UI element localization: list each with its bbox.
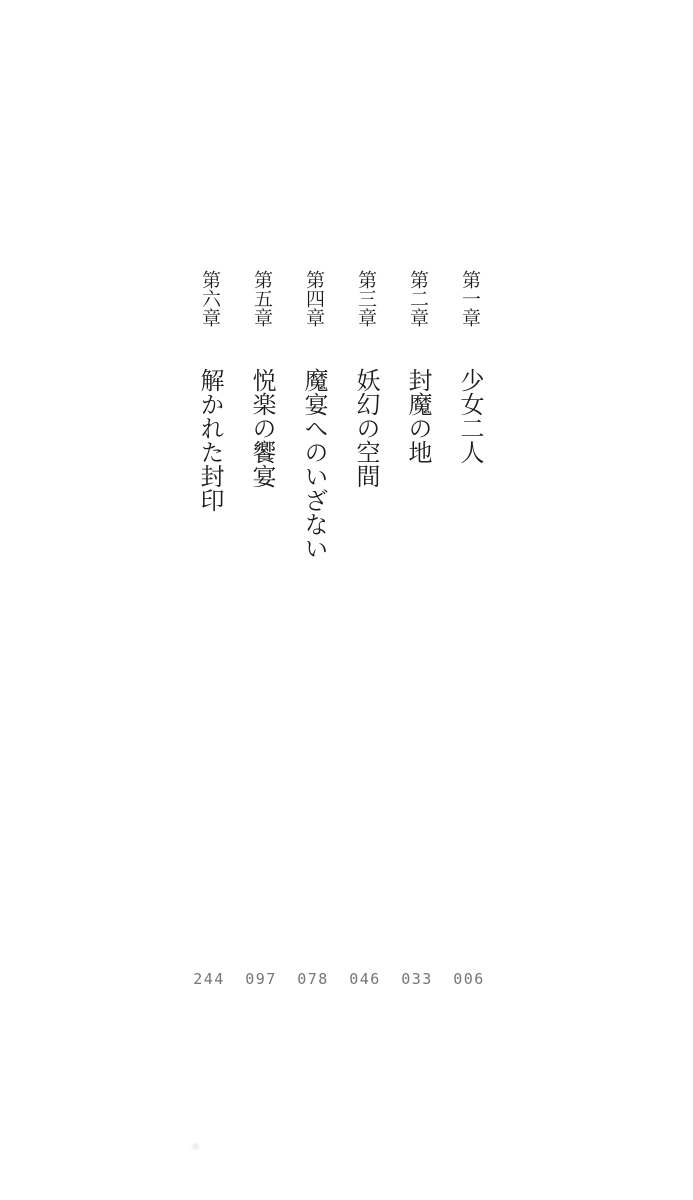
chapter-column-6: 第六章解かれた封印 — [192, 270, 226, 512]
chapter-title: 封魔の地 — [404, 368, 430, 464]
chapter-number: 第五章 — [244, 270, 278, 368]
chapter-number: 第四章 — [296, 270, 330, 368]
chapter-column-2: 第二章封魔の地 — [400, 270, 434, 464]
toc-page: 第一章少女二人 第二章封魔の地 第三章妖幻の空間 第四章魔宴へのいざない 第五章… — [0, 0, 693, 1200]
chapter-number: 第三章 — [348, 270, 382, 368]
chapter-title: 妖幻の空間 — [352, 368, 378, 488]
page-number: 244 — [179, 971, 239, 988]
chapter-title: 魔宴へのいざない — [300, 368, 326, 560]
page-number: 097 — [231, 971, 291, 988]
chapter-number: 第六章 — [192, 270, 226, 368]
page-number: 046 — [335, 971, 395, 988]
chapter-column-3: 第三章妖幻の空間 — [348, 270, 382, 488]
chapter-title: 解かれた封印 — [196, 368, 222, 512]
chapter-title: 少女二人 — [456, 368, 482, 464]
page-number: 006 — [439, 971, 499, 988]
page-number: 078 — [283, 971, 343, 988]
chapter-column-5: 第五章悦楽の饗宴 — [244, 270, 278, 488]
chapter-column-1: 第一章少女二人 — [452, 270, 486, 464]
chapter-column-4: 第四章魔宴へのいざない — [296, 270, 330, 560]
chapter-number: 第一章 — [452, 270, 486, 368]
chapter-title: 悦楽の饗宴 — [248, 368, 274, 488]
page-number: 033 — [387, 971, 447, 988]
chapter-number: 第二章 — [400, 270, 434, 368]
scan-speck — [192, 1143, 199, 1150]
